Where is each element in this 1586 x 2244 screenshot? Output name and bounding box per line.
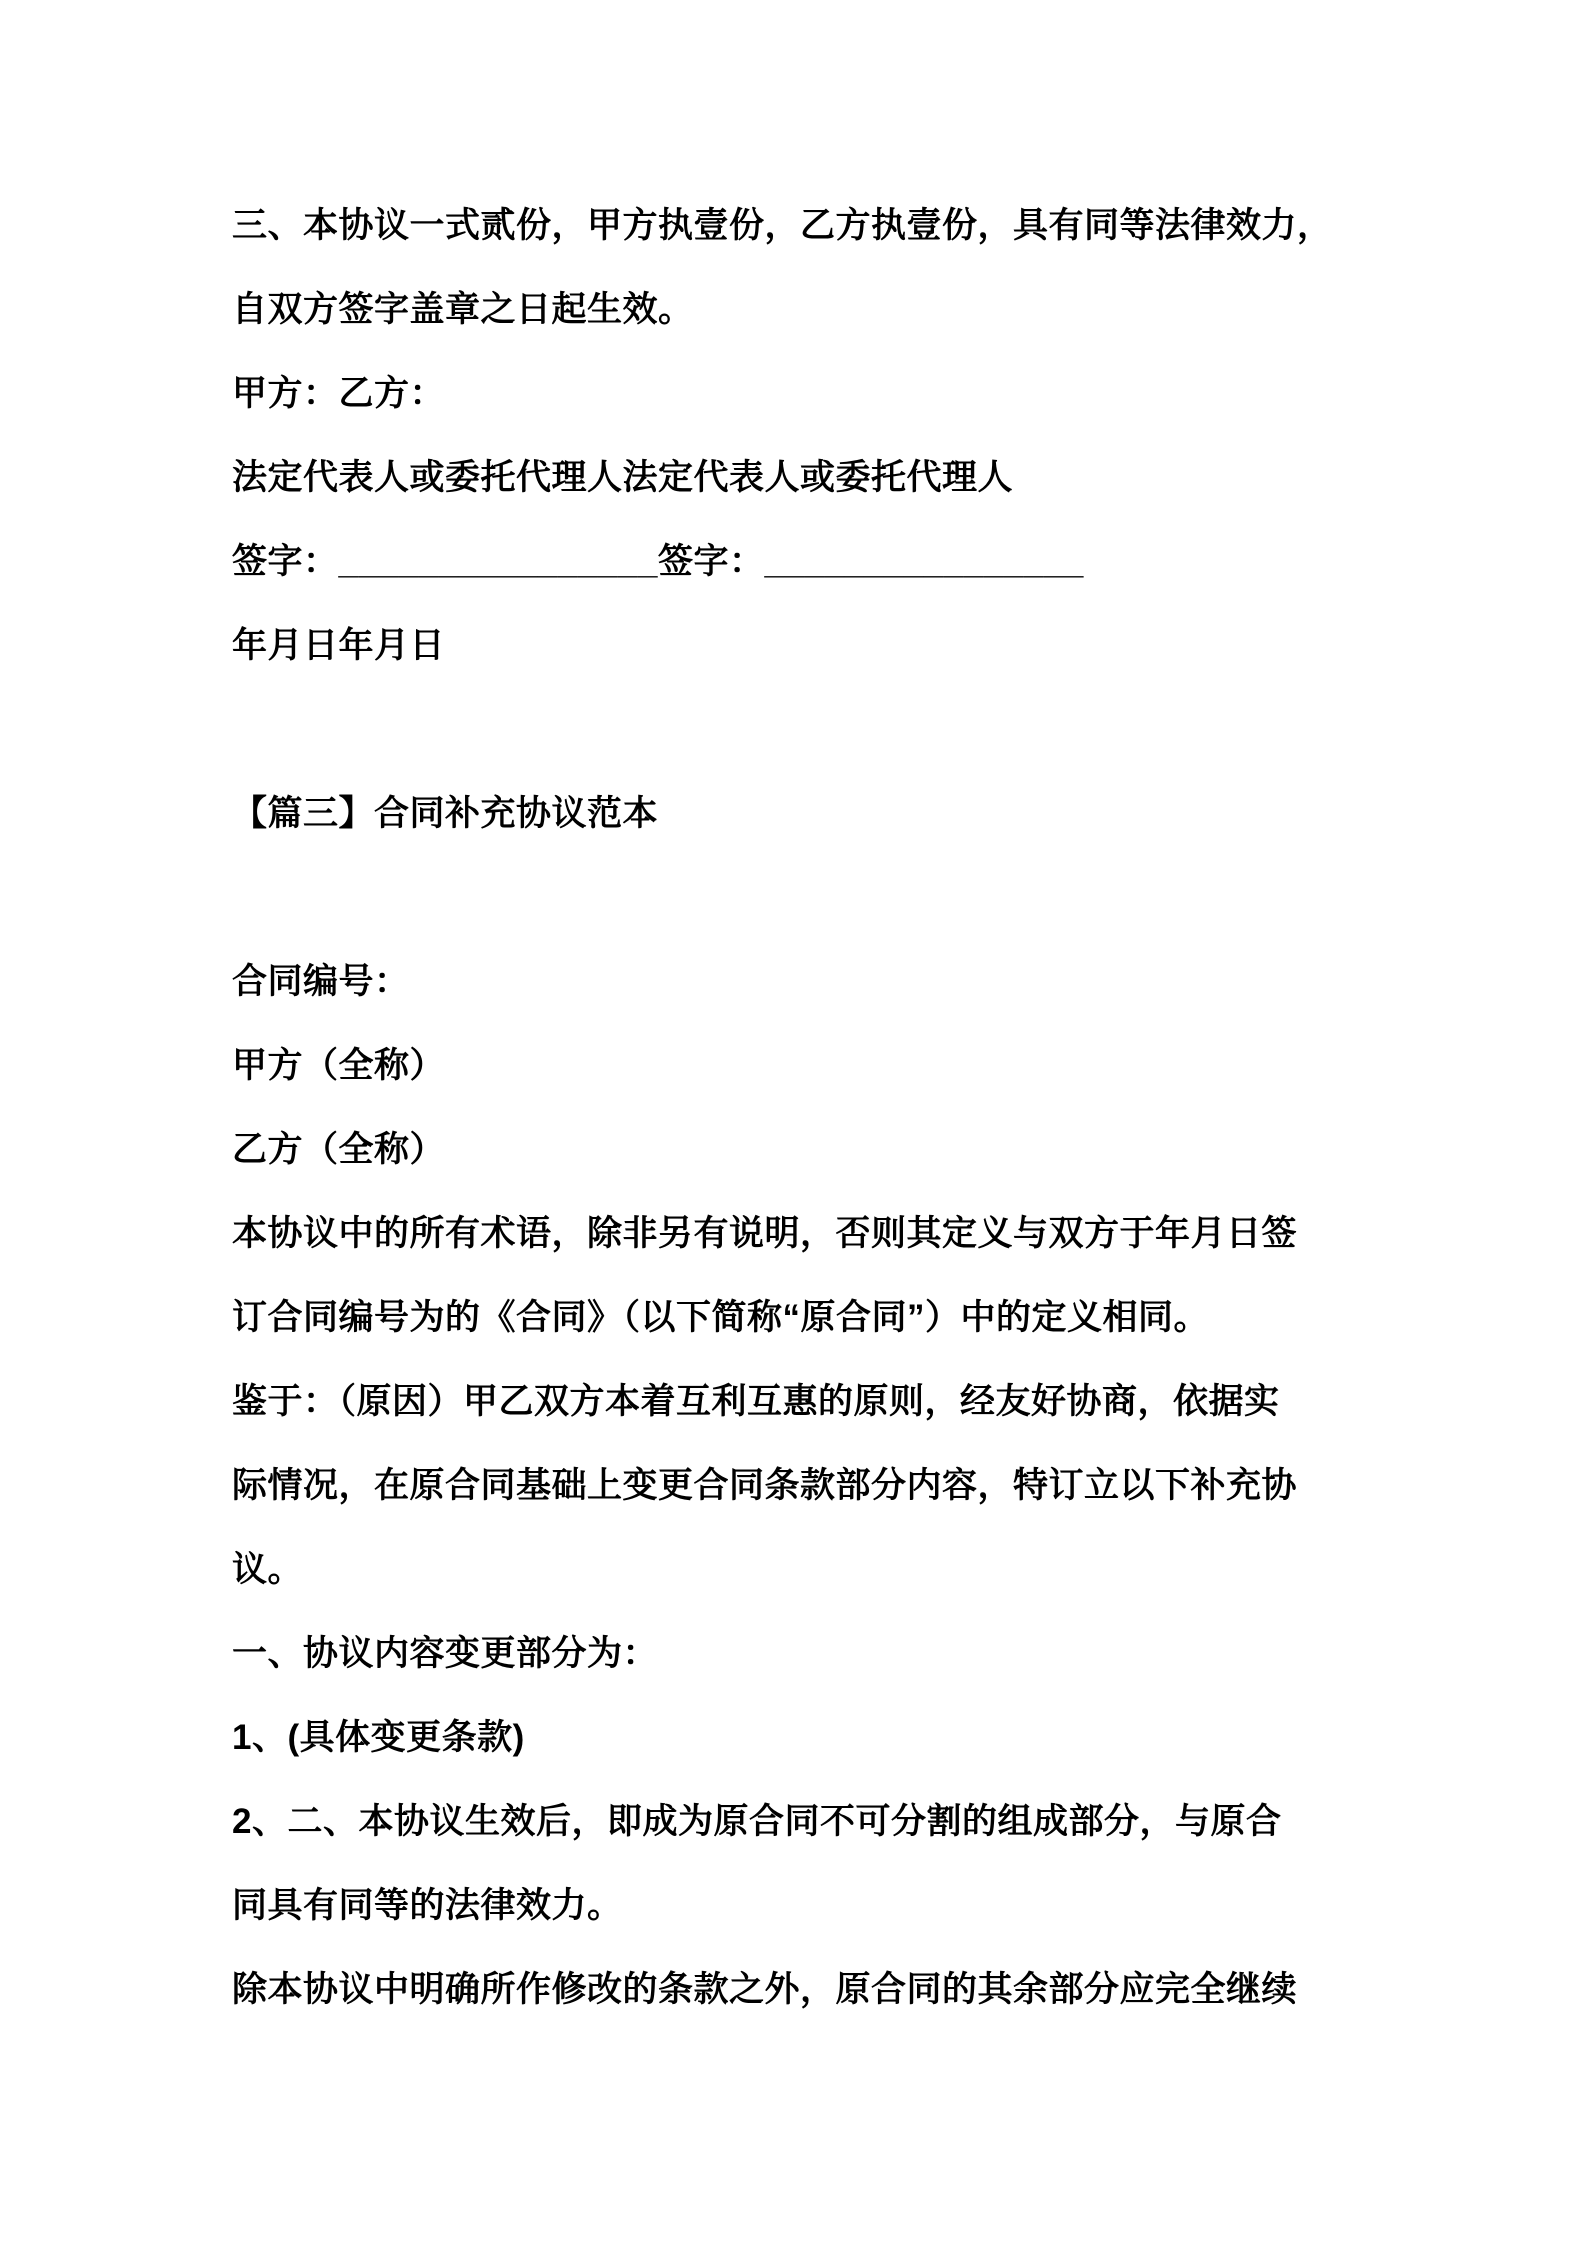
clause-item-line: 1、(具体变更条款) <box>232 1696 1466 1780</box>
document-line: 本协议中的所有术语，除非另有说明，否则其定义与双方于年月日签 <box>232 1192 1466 1276</box>
section-heading: 【篇三】合同补充协议范本 <box>232 772 1466 856</box>
document-line: 法定代表人或委托代理人法定代表人或委托代理人 <box>232 436 1466 520</box>
document-line: 议。 <box>232 1528 1466 1612</box>
party-a-line: 甲方（全称） <box>232 1024 1466 1108</box>
document-body: 三、本协议一式贰份，甲方执壹份，乙方执壹份，具有同等法律效力， 自双方签字盖章之… <box>232 184 1466 2032</box>
document-line: 鉴于：（原因）甲乙双方本着互利互惠的原则，经友好协商，依据实 <box>232 1360 1466 1444</box>
blank-line <box>232 856 1466 940</box>
blank-line <box>232 688 1466 772</box>
document-page: 三、本协议一式贰份，甲方执壹份，乙方执壹份，具有同等法律效力， 自双方签字盖章之… <box>0 0 1586 2244</box>
document-line: 订合同编号为的《合同》（以下简称“原合同”）中的定义相同。 <box>232 1276 1466 1360</box>
document-line: 同具有同等的法律效力。 <box>232 1864 1466 1948</box>
contract-number-line: 合同编号： <box>232 940 1466 1024</box>
document-line: 自双方签字盖章之日起生效。 <box>232 268 1466 352</box>
document-line: 除本协议中明确所作修改的条款之外，原合同的其余部分应完全继续 <box>232 1948 1466 2032</box>
document-line: 甲方：乙方： <box>232 352 1466 436</box>
document-line: 际情况，在原合同基础上变更合同条款部分内容，特订立以下补充协 <box>232 1444 1466 1528</box>
clause-heading-line: 一、协议内容变更部分为： <box>232 1612 1466 1696</box>
clause-item-line: 2、二、本协议生效后，即成为原合同不可分割的组成部分，与原合 <box>232 1780 1466 1864</box>
signature-line: 签字：________________签字：________________ <box>232 520 1466 604</box>
date-line: 年月日年月日 <box>232 604 1466 688</box>
document-line: 三、本协议一式贰份，甲方执壹份，乙方执壹份，具有同等法律效力， <box>232 184 1466 268</box>
party-b-line: 乙方（全称） <box>232 1108 1466 1192</box>
